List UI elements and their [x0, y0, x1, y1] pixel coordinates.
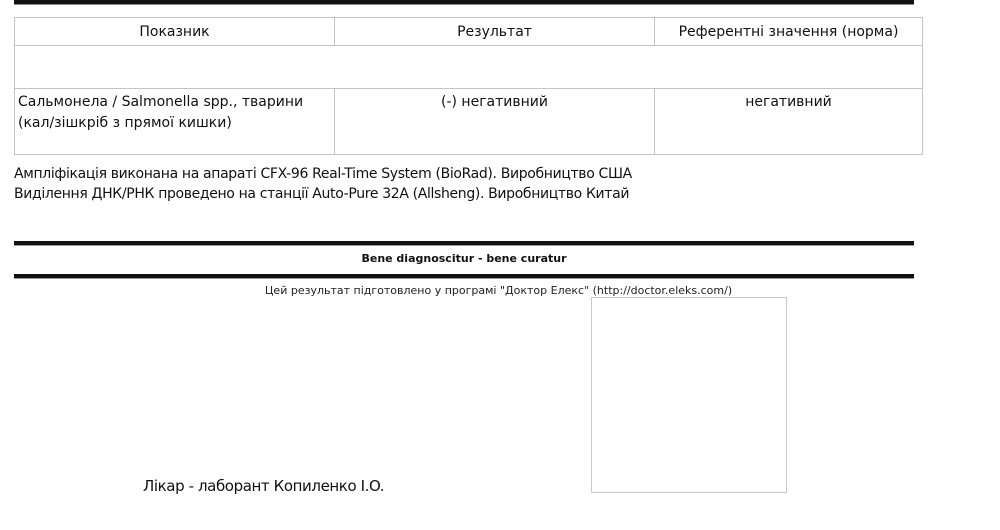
indicator-sample: (кал/зішкріб з прямої кишки): [18, 113, 331, 134]
empty-section-cell: [15, 46, 923, 89]
signature: Лікар - лаборант Копиленко I.O.: [143, 477, 384, 495]
reference-cell: негативний: [655, 89, 923, 155]
indicator-name: Сальмонела / Salmonella spp., тварини: [18, 92, 331, 113]
equipment-note-amplification: Ампліфікація виконана на апараті CFX-96 …: [14, 164, 632, 184]
table-section-row: [15, 46, 923, 89]
header-indicator: Показник: [15, 18, 335, 46]
header-result: Результат: [335, 18, 655, 46]
top-divider: [14, 0, 914, 4]
motto-bottom-divider: [14, 274, 914, 278]
header-reference: Референтні значення (норма): [655, 18, 923, 46]
stamp-box: [591, 297, 787, 493]
program-note: Цей результат підготовлено у програмі "Д…: [14, 284, 983, 297]
table-row: Сальмонела / Salmonella spp., тварини (к…: [15, 89, 923, 155]
motto: Bene diagnoscitur - bene curatur: [14, 252, 914, 265]
table-header-row: Показник Результат Референтні значення (…: [15, 18, 923, 46]
result-cell: (-) негативний: [335, 89, 655, 155]
equipment-note-extraction: Виділення ДНК/РНК проведено на станції A…: [14, 184, 629, 204]
indicator-cell: Сальмонела / Salmonella spp., тварини (к…: [15, 89, 335, 155]
motto-top-divider: [14, 241, 914, 245]
results-table: Показник Результат Референтні значення (…: [14, 17, 923, 155]
